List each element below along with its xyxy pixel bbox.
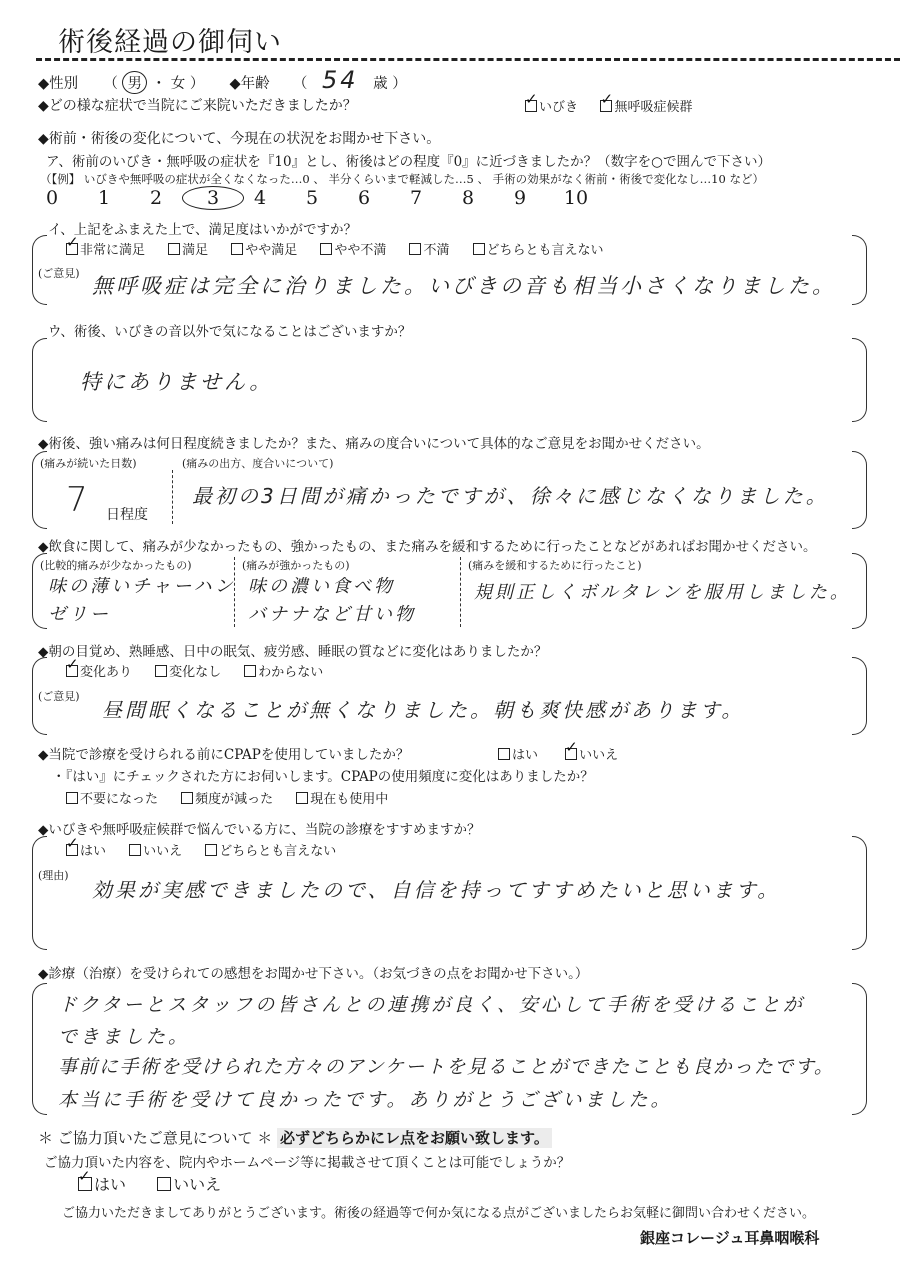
scale-5[interactable]: 5 <box>286 187 338 209</box>
checkbox-icon[interactable] <box>600 100 612 112</box>
change-question: ◆術前・術後の変化について、今現在の状況をお聞かせ下さい。 <box>38 128 440 148</box>
bracket-right <box>852 836 867 950</box>
bracket-right <box>852 657 867 735</box>
gender-age-row: ◆性別 （ 男 ・ 女 ） ◆年齢 （ 54 歳 ） <box>38 66 407 94</box>
symptom-option-snoring[interactable]: いびき <box>525 96 578 115</box>
bracket-left <box>32 983 47 1115</box>
checkbox-icon[interactable] <box>296 792 308 804</box>
cpap-followup: ・『はい』にチェックされた方にお伺いします。CPAPの使用頻度に変化はありました… <box>52 765 594 785</box>
scale-7[interactable]: 7 <box>390 187 442 209</box>
consent-option-no[interactable]: いいえ <box>157 1172 221 1195</box>
impressions-line[interactable]: できました。 <box>58 1022 190 1049</box>
consent-question: ご協力頂いた内容を、院内やホームページ等に掲載させて頂くことは可能でしょうか？ <box>44 1151 570 1171</box>
checkbox-icon[interactable] <box>473 243 485 255</box>
scale-3[interactable]: 3 <box>182 186 234 210</box>
diet-relief-label: (痛みを緩和するために行ったこと) <box>468 557 642 573</box>
diet-less-item[interactable]: ゼリー <box>48 600 111 626</box>
satisfaction-option[interactable]: どちらとも言えない <box>473 239 604 258</box>
satisfaction-option[interactable]: 不満 <box>409 239 449 258</box>
bracket-right <box>852 235 867 305</box>
recommend-option[interactable]: どちらとも言えない <box>205 840 336 859</box>
age-label: ◆年齢 <box>230 76 270 92</box>
diet-less-label: (比較的痛みが少なかったもの) <box>40 557 192 573</box>
consent-thanks: ご協力いただきましてありがとうございます。術後の経過等で何か気になる点がございま… <box>62 1202 815 1221</box>
bracket-left <box>32 836 47 950</box>
cpap-followup-option[interactable]: 不要になった <box>66 788 158 807</box>
pain-days-unit: 日程度 <box>106 504 148 524</box>
consent-heading-required: 必ずどちらかにレ点をお願い致します。 <box>277 1128 552 1148</box>
change-scale: 012345678910 <box>26 186 606 210</box>
symptom-option-apnea[interactable]: 無呼吸症候群 <box>600 96 692 115</box>
satisfaction-option[interactable]: 非常に満足 <box>66 239 145 258</box>
scale-1[interactable]: 1 <box>78 187 130 209</box>
checkbox-icon[interactable] <box>66 792 78 804</box>
comment-label: (ご意見) <box>38 265 80 281</box>
bracket-right <box>852 983 867 1115</box>
symptoms-question: ◆どの様な症状で当院にご来院いただきましたか？ <box>38 95 357 115</box>
clinic-name: 銀座コレージュ耳鼻咽喉科 <box>640 1227 819 1248</box>
consent-options: はい いいえ <box>78 1172 239 1195</box>
impressions-line[interactable]: 事前に手術を受けられた方々のアンケートを見ることができたことも良かったです。 <box>58 1052 834 1079</box>
scale-9[interactable]: 9 <box>494 187 546 209</box>
impressions-line[interactable]: ドクターとスタッフの皆さんとの連携が良く、安心して手術を受けることが <box>58 990 805 1017</box>
sleep-question: ◆朝の目覚め、熟睡感、日中の眠気、疲労感、睡眠の質などに変化はありましたか？ <box>38 640 547 660</box>
checkbox-icon[interactable] <box>525 100 537 112</box>
bracket-left <box>32 338 47 422</box>
gender-option-male[interactable]: 男 <box>122 71 147 94</box>
diet-strong-item[interactable]: 味の濃い食べ物 <box>248 572 395 598</box>
bracket-right <box>852 451 867 529</box>
satisfaction-option[interactable]: やや満足 <box>231 239 297 258</box>
checkbox-icon[interactable] <box>129 844 141 856</box>
diet-less-item[interactable]: 味の薄いチャーハン <box>48 572 236 598</box>
pain-days-label: (痛みが続いた日数) <box>40 455 137 471</box>
recommend-option[interactable]: はい <box>66 840 106 859</box>
diet-strong-label: (痛みが強かったもの) <box>242 557 350 573</box>
consent-heading-left: ＊ ご協力頂いたご意見について ＊ <box>38 1129 272 1147</box>
bracket-right <box>852 338 867 422</box>
diet-strong-item[interactable]: バナナなど甘い物 <box>248 600 416 626</box>
diet-question: ◆飲食に関して、痛みが少なかったもの、強かったもの、また痛みを緩和するために行っ… <box>38 535 817 555</box>
checkbox-icon[interactable] <box>320 243 332 255</box>
checkbox-icon[interactable] <box>498 748 510 760</box>
cpap-followup-option[interactable]: 頻度が減った <box>181 788 273 807</box>
other-concerns-question: ウ、術後、いびきの音以外で気になることはございますか？ <box>48 320 411 340</box>
impressions-question: ◆診療（治療）を受けられての感想をお聞かせ下さい。（お気づきの点をお聞かせ下さい… <box>38 962 588 982</box>
checkbox-icon[interactable] <box>168 243 180 255</box>
title-divider <box>36 58 900 61</box>
age-unit: 歳 <box>373 76 388 92</box>
scale-2[interactable]: 2 <box>130 187 182 209</box>
diet-relief[interactable]: 規則正しくボルタレンを服用しました。 <box>474 578 851 604</box>
cpap-followup-option[interactable]: 現在も使用中 <box>296 788 388 807</box>
cpap-followup-options: 不要になった 頻度が減った 現在も使用中 <box>66 788 406 807</box>
scale-0[interactable]: 0 <box>26 187 78 209</box>
pain-days-value[interactable]: 7 <box>66 480 91 520</box>
reason-label: (理由) <box>38 867 69 883</box>
satisfaction-option[interactable]: やや不満 <box>320 239 386 258</box>
checkbox-icon[interactable] <box>66 665 78 677</box>
cpap-options: はい いいえ <box>498 744 636 763</box>
impressions-line[interactable]: 本当に手術を受けて良かったです。ありがとうございました。 <box>58 1085 672 1112</box>
other-concerns-answer[interactable]: 特にありません。 <box>80 366 273 396</box>
age-value[interactable]: 54 <box>322 66 359 94</box>
consent-option-yes[interactable]: はい <box>78 1172 126 1195</box>
checkbox-icon[interactable] <box>231 243 243 255</box>
checkbox-icon[interactable] <box>181 792 193 804</box>
sleep-option[interactable]: 変化なし <box>155 661 221 680</box>
cpap-option-no[interactable]: いいえ <box>565 744 618 763</box>
gender-option-female[interactable]: 女 <box>171 76 186 92</box>
scale-10[interactable]: 10 <box>546 187 606 209</box>
checkbox-icon[interactable] <box>155 665 167 677</box>
checkbox-icon[interactable] <box>78 1177 92 1191</box>
checkbox-icon[interactable] <box>66 243 78 255</box>
change-example: （【例】 いびきや無呼吸の症状が全くなくなった…0 、 半分くらいまで軽減した…… <box>40 171 764 187</box>
checkbox-icon[interactable] <box>66 844 78 856</box>
divider <box>172 470 173 524</box>
satisfaction-option[interactable]: 満足 <box>168 239 208 258</box>
scale-6[interactable]: 6 <box>338 187 390 209</box>
checkbox-icon[interactable] <box>205 844 217 856</box>
sleep-option[interactable]: わからない <box>244 661 323 680</box>
page-title: 術後経過の御伺い <box>58 20 282 59</box>
checkbox-icon[interactable] <box>244 665 256 677</box>
scale-8[interactable]: 8 <box>442 187 494 209</box>
cpap-question: ◆当院で診療を受けられる前にCPAPを使用していましたか？ <box>38 743 409 763</box>
checkbox-icon[interactable] <box>409 243 421 255</box>
satisfaction-options: 非常に満足 満足 やや満足 やや不満 不満 どちらとも言えない <box>66 239 622 258</box>
checkbox-icon[interactable] <box>157 1177 171 1191</box>
recommend-options: はい いいえ どちらとも言えない <box>66 840 354 859</box>
sleep-option[interactable]: 変化あり <box>66 661 132 680</box>
symptoms-options: いびき 無呼吸症候群 <box>525 96 710 115</box>
cpap-option-yes[interactable]: はい <box>498 744 538 763</box>
consent-heading: ＊ ご協力頂いたご意見について ＊ 必ずどちらかにレ点をお願い致します。 <box>38 1127 552 1148</box>
pain-question: ◆術後、強い痛みは何日程度続きましたか？また、痛みの度合いについて具体的なご意見… <box>38 432 710 452</box>
divider <box>460 557 461 627</box>
checkbox-icon[interactable] <box>565 748 577 760</box>
bracket-right <box>852 553 867 629</box>
gender-label: ◆性別 <box>38 76 78 92</box>
recommend-option[interactable]: いいえ <box>129 840 182 859</box>
recommend-reason[interactable]: 効果が実感できましたので、自信を持ってすすめたいと思います。 <box>92 874 780 903</box>
satisfaction-comment[interactable]: 無呼吸症は完全に治りました。いびきの音も相当小さくなりました。 <box>92 270 836 300</box>
comment-label: (ご意見) <box>38 688 80 704</box>
scale-4[interactable]: 4 <box>234 187 286 209</box>
satisfaction-question: イ、上記をふまえた上で、満足度はいかがですか？ <box>48 218 357 238</box>
change-sub-a: ア、術前のいびき・無呼吸の症状を『10』とし、術後はどの程度『0』に近づきました… <box>46 150 771 170</box>
divider <box>234 557 235 627</box>
recommend-question: ◆いびきや無呼吸症候群で悩んでいる方に、当院の診療をすすめますか？ <box>38 818 481 838</box>
pain-detail-label: (痛みの出方、度合いについて) <box>182 455 333 471</box>
pain-detail[interactable]: 最初の3日間が痛かったですが、徐々に感じなくなりました。 <box>192 480 829 509</box>
sleep-comment[interactable]: 昼間眠くなることが無くなりました。朝も爽快感があります。 <box>102 694 744 723</box>
sleep-options: 変化あり 変化なし わからない <box>66 661 341 680</box>
